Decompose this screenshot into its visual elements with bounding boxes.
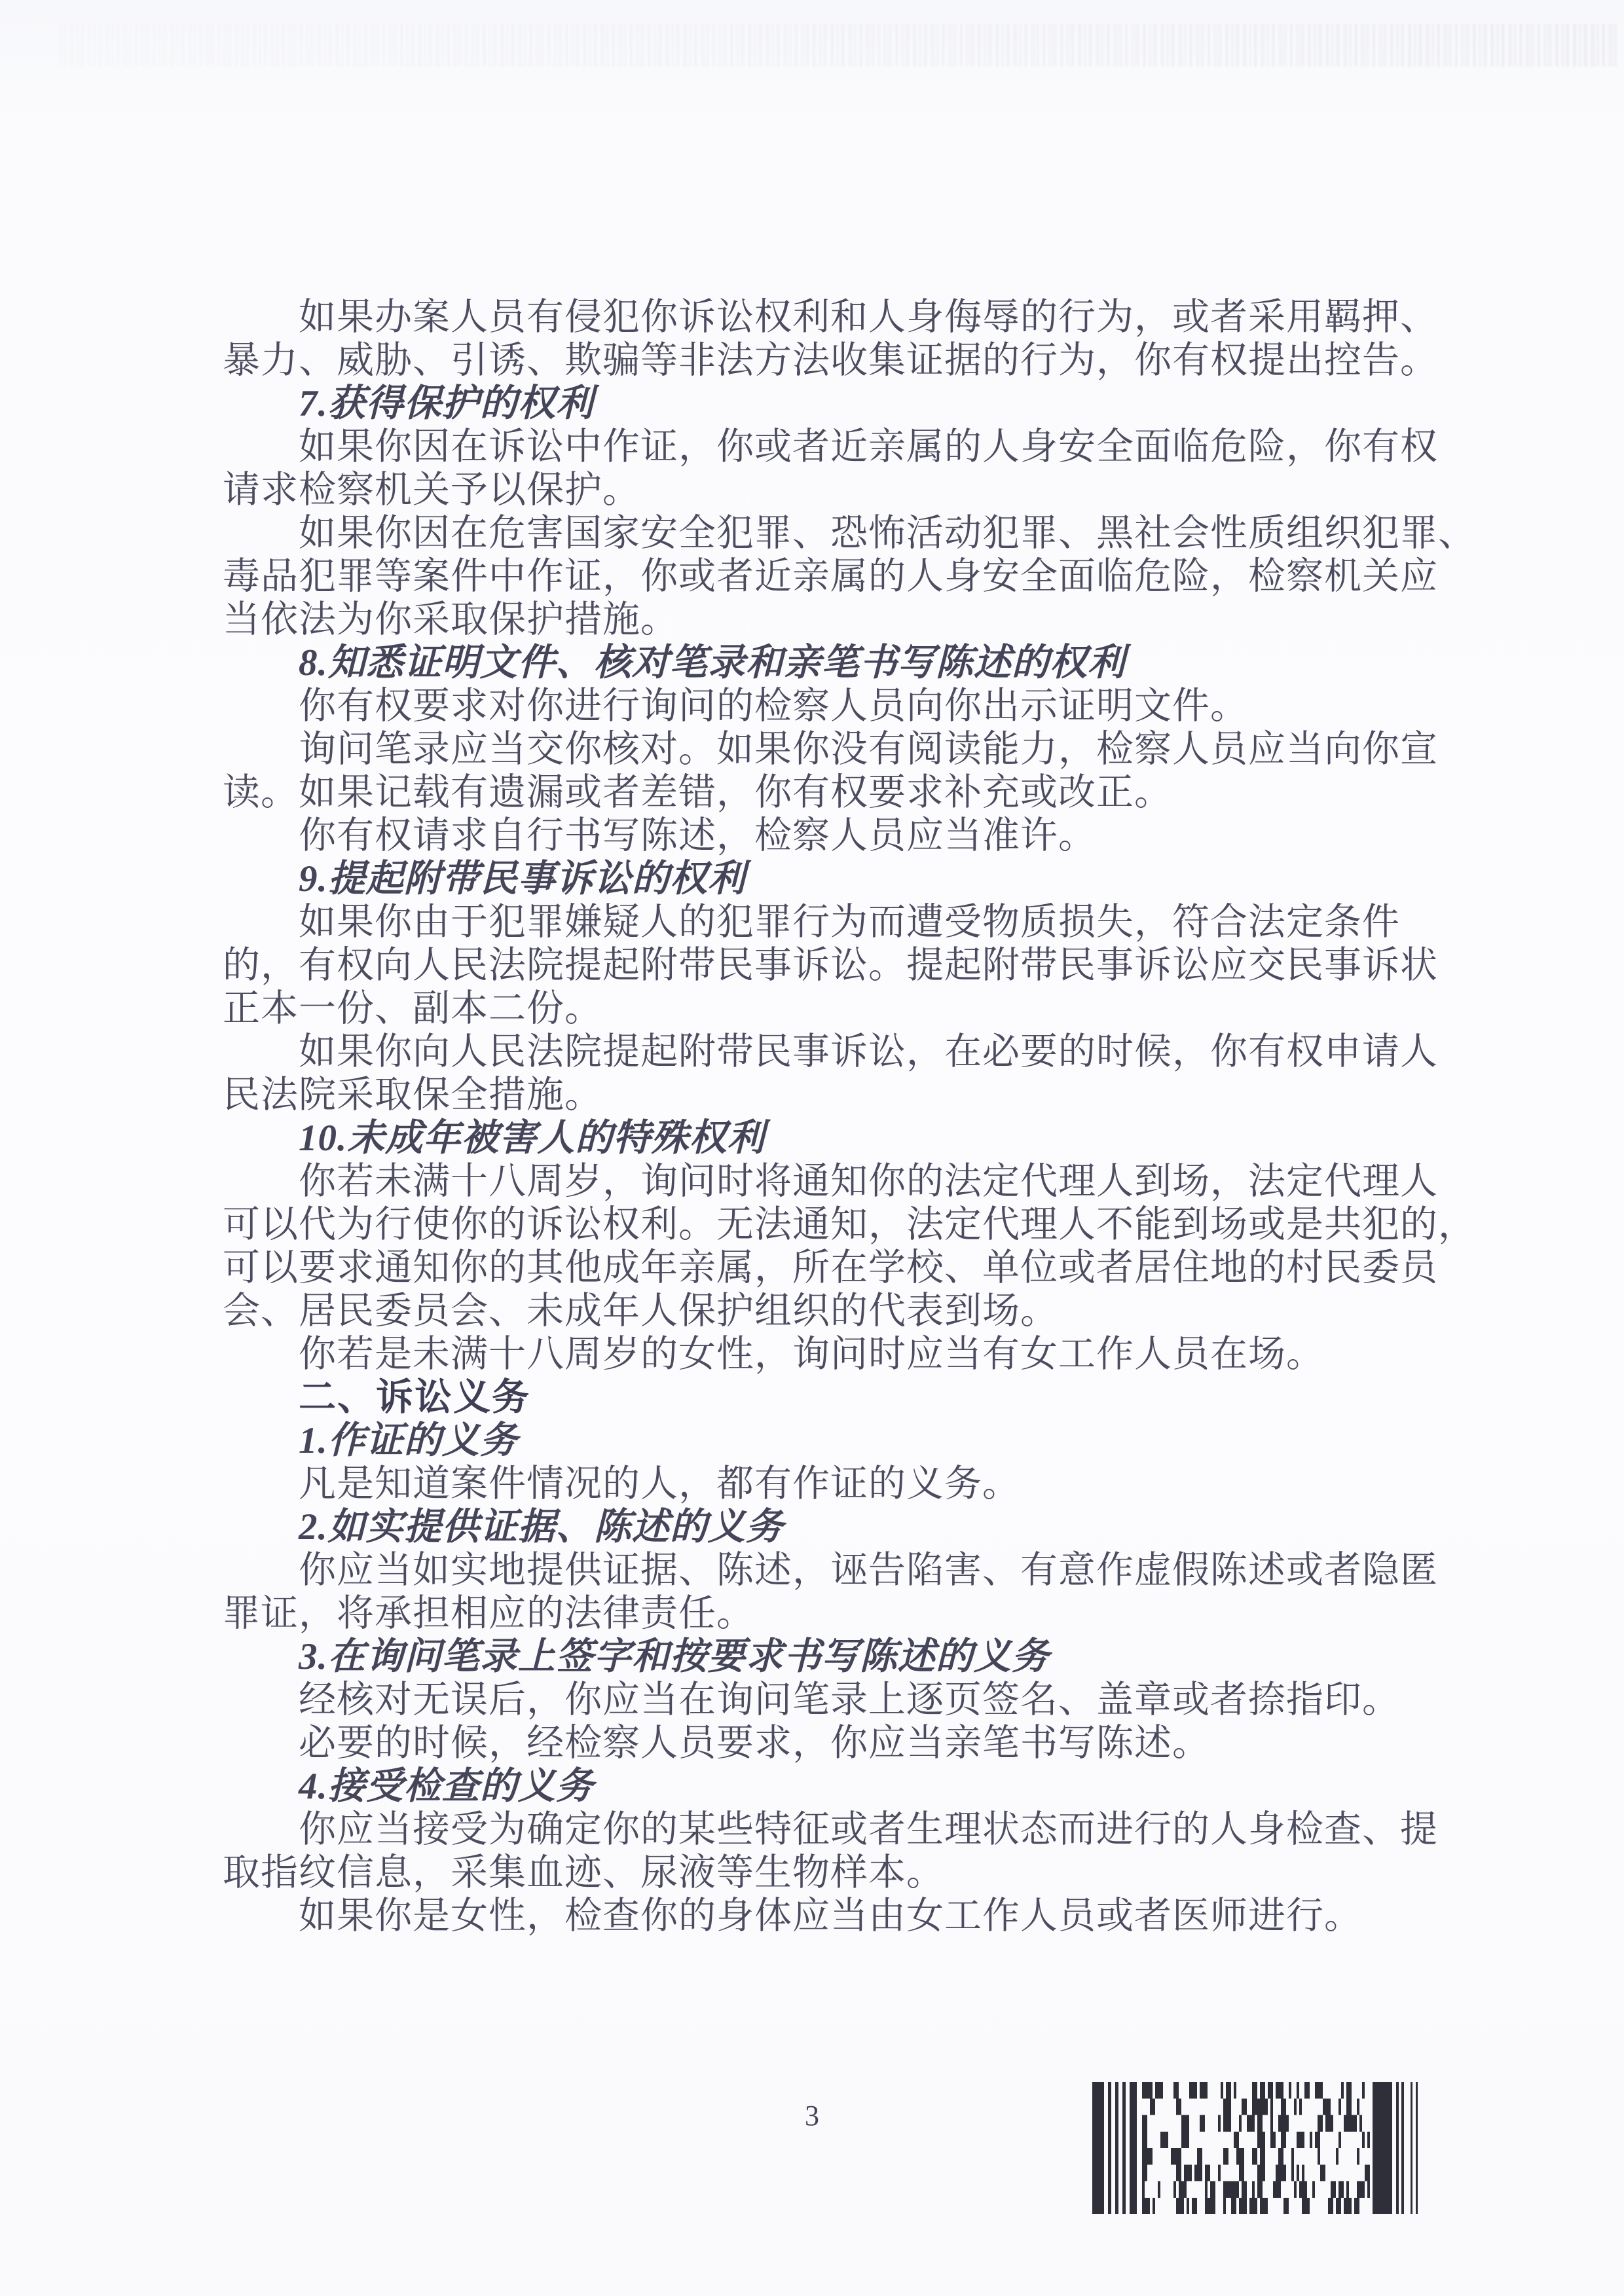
text-line: 请求检察机关予以保护。: [223, 469, 1467, 512]
text-line: 3.在询问笔录上签字和按要求书写陈述的义务: [223, 1635, 1467, 1679]
text-line: 如果你向人民法院提起附带民事诉讼，在必要的时候，你有权申请人: [223, 1030, 1467, 1074]
text-line: 必要的时候，经检察人员要求，你应当亲笔书写陈述。: [223, 1722, 1467, 1765]
text-line: 9.提起附带民事诉讼的权利: [223, 858, 1467, 901]
text-line: 2.如实提供证据、陈述的义务: [223, 1506, 1467, 1549]
text-line: 1.作证的义务: [223, 1419, 1467, 1463]
text-line: 如果你是女性，检查你的身体应当由女工作人员或者医师进行。: [223, 1895, 1467, 1938]
text-line: 你若是未满十八周岁的女性，询问时应当有女工作人员在场。: [223, 1333, 1467, 1376]
text-line: 如果办案人员有侵犯你诉讼权利和人身侮辱的行为，或者采用羁押、: [223, 296, 1467, 339]
text-line: 罪证，将承担相应的法律责任。: [223, 1592, 1467, 1635]
document-text: 如果办案人员有侵犯你诉讼权利和人身侮辱的行为，或者采用羁押、暴力、威胁、引诱、欺…: [223, 296, 1467, 1938]
text-line: 的，有权向人民法院提起附带民事诉讼。提起附带民事诉讼应交民事诉状: [223, 944, 1467, 987]
text-line: 会、居民委员会、未成年人保护组织的代表到场。: [223, 1290, 1467, 1333]
pdf417-barcode: [1092, 2082, 1439, 2214]
bleed-through-artifact: [59, 24, 1617, 67]
text-line: 二、诉讼义务: [223, 1376, 1467, 1419]
text-line: 读。如果记载有遗漏或者差错，你有权要求补充或改正。: [223, 771, 1467, 814]
text-line: 凡是知道案件情况的人，都有作证的义务。: [223, 1463, 1467, 1506]
text-line: 你有权要求对你进行询问的检察人员向你出示证明文件。: [223, 685, 1467, 728]
scanned-document-page: 如果办案人员有侵犯你诉讼权利和人身侮辱的行为，或者采用羁押、暴力、威胁、引诱、欺…: [0, 0, 1624, 2296]
text-line: 你应当如实地提供证据、陈述，诬告陷害、有意作虚假陈述或者隐匿: [223, 1549, 1467, 1592]
text-line: 如果你因在诉讼中作证，你或者近亲属的人身安全面临危险，你有权: [223, 426, 1467, 469]
text-line: 询问笔录应当交你核对。如果你没有阅读能力，检察人员应当向你宣: [223, 728, 1467, 771]
text-line: 当依法为你采取保护措施。: [223, 598, 1467, 642]
text-line: 如果你由于犯罪嫌疑人的犯罪行为而遭受物质损失，符合法定条件: [223, 901, 1467, 944]
text-line: 正本一份、副本二份。: [223, 987, 1467, 1030]
text-line: 你应当接受为确定你的某些特征或者生理状态而进行的人身检查、提: [223, 1808, 1467, 1851]
text-line: 你若未满十八周岁，询问时将通知你的法定代理人到场，法定代理人: [223, 1160, 1467, 1203]
text-line: 10.未成年被害人的特殊权利: [223, 1117, 1467, 1160]
text-line: 暴力、威胁、引诱、欺骗等非法方法收集证据的行为，你有权提出控告。: [223, 339, 1467, 382]
text-line: 可以要求通知你的其他成年亲属，所在学校、单位或者居住地的村民委员: [223, 1247, 1467, 1290]
text-line: 毒品犯罪等案件中作证，你或者近亲属的人身安全面临危险，检察机关应: [223, 555, 1467, 598]
text-line: 如果你因在危害国家安全犯罪、恐怖活动犯罪、黑社会性质组织犯罪、: [223, 512, 1467, 555]
text-line: 你有权请求自行书写陈述，检察人员应当准许。: [223, 814, 1467, 858]
text-line: 7.获得保护的权利: [223, 382, 1467, 426]
pdf417-barcode-graphic: [1092, 2082, 1439, 2214]
text-line: 4.接受检查的义务: [223, 1765, 1467, 1808]
text-line: 经核对无误后，你应当在询问笔录上逐页签名、盖章或者捺指印。: [223, 1679, 1467, 1722]
text-line: 8.知悉证明文件、核对笔录和亲笔书写陈述的权利: [223, 642, 1467, 685]
text-line: 民法院采取保全措施。: [223, 1074, 1467, 1117]
text-line: 取指纹信息，采集血迹、尿液等生物样本。: [223, 1851, 1467, 1895]
text-line: 可以代为行使你的诉讼权利。无法通知，法定代理人不能到场或是共犯的，: [223, 1203, 1467, 1247]
